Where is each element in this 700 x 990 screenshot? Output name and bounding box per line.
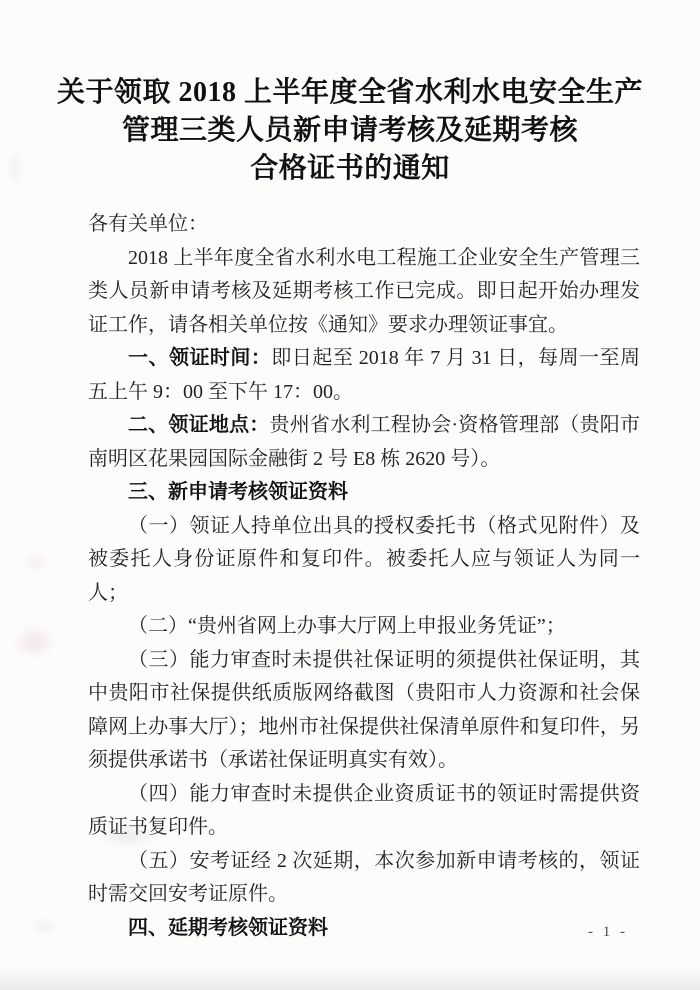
ink-smudge-pink-small bbox=[22, 552, 48, 572]
section-new-item-2: （二）“贵州省网上办事大厅网上申报业务凭证”； bbox=[88, 610, 640, 644]
notice-body: 各有关单位： 2018 上半年度全省水利水电工程施工企业安全生产管理三类人员新申… bbox=[88, 208, 640, 945]
scanned-notice-page: 关于领取 2018 上半年度全省水利水电安全生产 管理三类人员新申请考核及延期考… bbox=[0, 0, 700, 990]
scan-mark bbox=[6, 148, 24, 188]
section-new-item-1: （一）领证人持单位出具的授权委托书（格式见附件）及被委托人身份证原件和复印件。被… bbox=[88, 510, 640, 611]
notice-title: 关于领取 2018 上半年度全省水利水电安全生产 管理三类人员新申请考核及延期考… bbox=[40, 74, 660, 188]
section-new-heading: 三、新申请考核领证资料 bbox=[88, 476, 640, 510]
section-place: 二、领证地点：贵州省水利工程协会·资格管理部（贵阳市南明区花果园国际金融街 2 … bbox=[88, 409, 640, 476]
ink-smudge-faint bbox=[30, 918, 60, 934]
section-renewal-heading: 四、延期考核领证资料 bbox=[88, 912, 640, 946]
section-time: 一、领证时间：即日起至 2018 年 7 月 31 日，每周一至周五上午 9：0… bbox=[88, 342, 640, 409]
section-new-item-4: （四）能力审查时未提供企业资质证书的领证时需提供资质证书复印件。 bbox=[88, 778, 640, 845]
salutation: 各有关单位： bbox=[88, 208, 640, 242]
section-place-label: 二、领证地点： bbox=[128, 414, 270, 436]
ink-smudge-pink bbox=[12, 625, 56, 659]
notice-title-line-1: 关于领取 2018 上半年度全省水利水电安全生产 bbox=[40, 74, 660, 112]
notice-title-line-3: 合格证书的通知 bbox=[40, 150, 660, 188]
section-new-item-3: （三）能力审查时未提供社保证明的须提供社保证明，其中贵阳市社保提供纸质版网络截图… bbox=[88, 644, 640, 778]
intro-paragraph: 2018 上半年度全省水利水电工程施工企业安全生产管理三类人员新申请考核及延期考… bbox=[88, 242, 640, 343]
page-number: - 1 - bbox=[588, 924, 628, 941]
scan-edge-shadow bbox=[0, 968, 700, 990]
section-time-label: 一、领证时间： bbox=[128, 347, 271, 369]
section-new-item-5: （五）安考证经 2 次延期，本次参加新申请考核的，领证时需交回安考证原件。 bbox=[88, 845, 640, 912]
notice-title-line-2: 管理三类人员新申请考核及延期考核 bbox=[40, 112, 660, 150]
